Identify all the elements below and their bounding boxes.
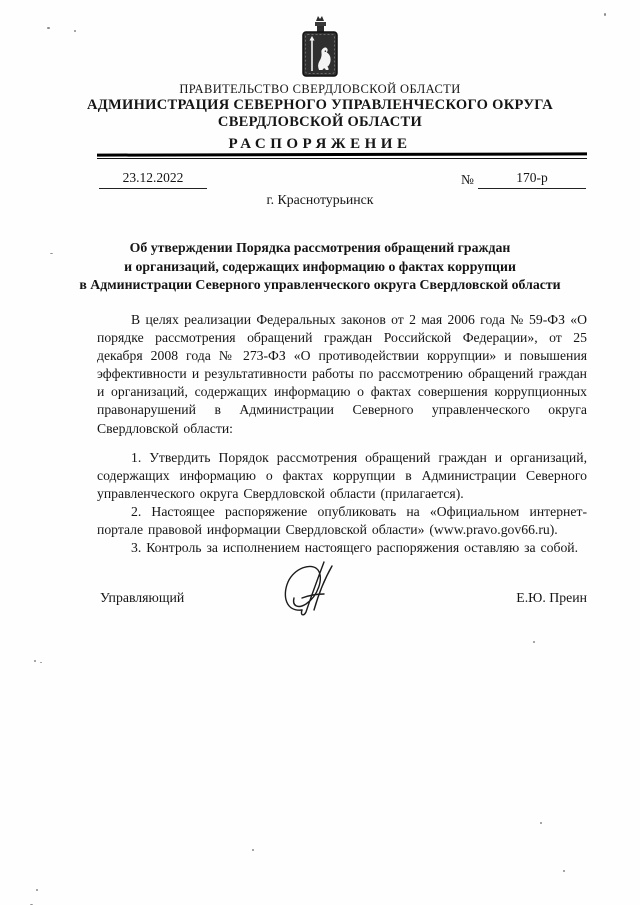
scan-speck xyxy=(604,13,606,16)
scan-speck xyxy=(533,641,535,643)
document-number: 170-р xyxy=(478,170,586,189)
coat-of-arms-icon xyxy=(0,13,640,83)
scan-speck xyxy=(40,662,42,663)
title-line-2: и организаций, содержащих информацию о ф… xyxy=(70,258,570,277)
organization-name-line2: СВЕРДЛОВСКОЙ ОБЛАСТИ xyxy=(0,114,640,131)
document-title: Об утверждении Порядка рассмотрения обра… xyxy=(70,239,570,295)
scan-speck xyxy=(540,822,542,824)
scan-speck xyxy=(47,27,50,29)
government-line: ПРАВИТЕЛЬСТВО СВЕРДЛОВСКОЙ ОБЛАСТИ xyxy=(0,82,640,97)
header-rule-thick xyxy=(97,152,587,156)
title-line-3: в Администрации Северного управленческог… xyxy=(70,276,570,295)
intro-paragraph: В целях реализации Федеральных законов о… xyxy=(97,311,587,438)
organization-name-line1: АДМИНИСТРАЦИЯ СЕВЕРНОГО УПРАВЛЕНЧЕСКОГО … xyxy=(0,97,640,114)
scan-speck xyxy=(74,30,76,32)
title-line-1: Об утверждении Порядка рассмотрения обра… xyxy=(70,239,570,258)
item-3: 3. Контроль за исполнением настоящего ра… xyxy=(97,539,587,557)
signer-name: Е.Ю. Преин xyxy=(516,590,587,606)
item-1: 1. Утвердить Порядок рассмотрения обраще… xyxy=(97,449,587,503)
scan-speck xyxy=(34,660,36,662)
letterhead: ПРАВИТЕЛЬСТВО СВЕРДЛОВСКОЙ ОБЛАСТИ АДМИН… xyxy=(0,82,640,153)
scanned-document-page: ПРАВИТЕЛЬСТВО СВЕРДЛОВСКОЙ ОБЛАСТИ АДМИН… xyxy=(0,0,640,905)
document-body: В целях реализации Федеральных законов о… xyxy=(97,311,587,557)
number-sign-label: № xyxy=(461,172,474,188)
scan-speck xyxy=(252,849,254,851)
item-2: 2. Настоящее распоряжение опубликовать н… xyxy=(97,503,587,539)
scan-speck xyxy=(36,889,38,891)
scan-speck xyxy=(50,253,53,254)
document-type-heading: РАСПОРЯЖЕНИЕ xyxy=(0,136,640,153)
signer-position: Управляющий xyxy=(100,590,184,606)
header-rule-thin xyxy=(97,158,587,159)
document-date: 23.12.2022 xyxy=(99,170,207,189)
handwritten-signature xyxy=(272,558,352,623)
scan-speck xyxy=(563,870,565,872)
city-line: г. Краснотурьинск xyxy=(0,192,640,208)
